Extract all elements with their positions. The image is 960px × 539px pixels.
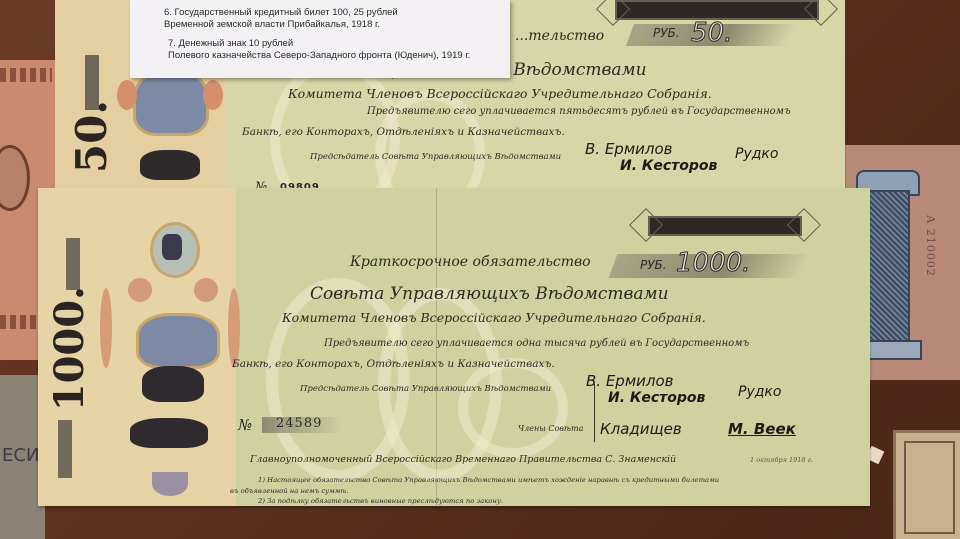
feather-ornament: [228, 288, 240, 368]
promise-line-1: Предъявителю сего уплачивается пятьдесят…: [367, 106, 791, 117]
signature: Кладищев: [600, 420, 682, 438]
background-note-right-bottom: [893, 430, 960, 539]
issuer-line-2: Комитета Членовъ Всероссійскаго Учредите…: [282, 310, 706, 325]
issuer-line-2: Комитета Членовъ Всероссійскаго Учредите…: [288, 86, 712, 101]
amount-value: 1000.: [676, 248, 750, 278]
footnote-1-continued: въ объявленной на немъ суммѣ.: [230, 487, 349, 495]
footnote-2: 2) За подѣлку обязательствъ виновные пре…: [258, 497, 503, 505]
flower-ornament-icon: [128, 278, 152, 302]
signature: Рудко: [738, 384, 781, 400]
denomination-bar: [58, 420, 72, 478]
signature: И. Кесторов: [608, 390, 705, 406]
dark-ornament: [130, 418, 208, 448]
note-left-panel: 1000.: [38, 188, 236, 506]
divider-line: [594, 384, 595, 442]
ornamental-border: [0, 68, 52, 82]
issue-date: 1 октября 1918 г.: [750, 456, 813, 464]
dark-ornament: [142, 366, 204, 402]
note-serial: А 210002: [924, 215, 937, 277]
dark-ornament: [140, 150, 200, 180]
amount-prefix: РУБ.: [653, 26, 680, 40]
denomination-bar: [66, 238, 80, 290]
title-plate: [615, 0, 819, 20]
column-shaft-icon: [866, 190, 910, 344]
footnote-1: 1) Настоящее обязательство Совѣта Управл…: [258, 476, 719, 484]
signature: М. Веек: [728, 420, 796, 438]
museum-label-card: 6. Государственный кредитный билет 100, …: [130, 0, 510, 78]
signature: Рудко: [735, 146, 778, 162]
flower-ornament-icon: [117, 80, 137, 110]
label-line: Временной земской власти Прибайкалья, 19…: [164, 19, 380, 31]
chairman-label: Предсѣдатель Совѣта Управляющихъ Вѣдомст…: [300, 384, 551, 394]
amount-prefix: РУБ.: [640, 258, 667, 272]
commissioner-line: Главноуполномоченный Всероссійскаго Врем…: [250, 454, 676, 465]
serial-number: 24589: [276, 416, 322, 431]
label-line: 6. Государственный кредитный билет 100, …: [164, 7, 398, 19]
title-plate: [648, 216, 802, 236]
promise-line-2: Банкѣ, его Конторахъ, Отдѣленіяхъ и Казн…: [242, 126, 565, 138]
flower-ornament-icon: [152, 472, 188, 496]
flower-ornament-icon: [203, 80, 223, 110]
signature: В. Ермилов: [585, 140, 673, 158]
promise-line-1: Предъявителю сего уплачивается одна тыся…: [324, 338, 749, 349]
note-fragment-text: ЕСИ: [2, 445, 39, 466]
flower-ornament-icon: [194, 278, 218, 302]
feather-ornament: [100, 288, 112, 368]
denomination-vertical: 1000.: [46, 286, 93, 411]
banknote-1000-rubles: 1000. Краткосрочное обязательство РУБ. 1…: [38, 188, 870, 506]
chairman-label: Предсѣдатель Совѣта Управляющихъ Вѣдомст…: [310, 152, 561, 162]
label-line: Полевого казначейства Северо-Западного ф…: [168, 50, 470, 62]
signature: В. Ермилов: [586, 372, 674, 390]
signature: И. Кесторов: [620, 158, 717, 174]
coat-of-arms-ornament: [133, 70, 209, 136]
member-label: Члены Совѣта: [518, 424, 583, 433]
issuer-line-1: Совѣта Управляющихъ Вѣдомствами: [310, 284, 669, 304]
ornamental-shield: [136, 313, 220, 369]
denomination-vertical: 50.: [67, 100, 116, 173]
oval-medallion: [0, 145, 30, 211]
amount-value: 50.: [691, 18, 732, 48]
note-title: Краткосрочное обязательство: [350, 254, 591, 270]
number-prefix: №: [238, 416, 252, 434]
note-title-fragment: ...тельство: [515, 28, 604, 44]
double-headed-eagle-icon: [162, 234, 182, 260]
watermark-pattern: [458, 358, 568, 458]
promise-line-2: Банкѣ, его Конторахъ, Отдѣленіяхъ и Казн…: [232, 358, 555, 370]
label-line: 7. Денежный знак 10 рублей: [168, 38, 293, 50]
